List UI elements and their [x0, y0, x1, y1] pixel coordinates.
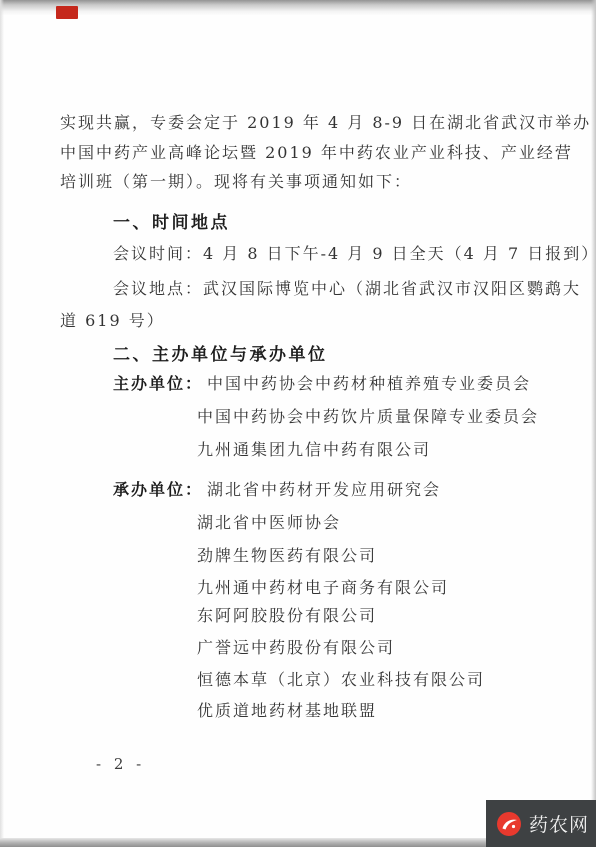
- host-item: 九州通集团九信中药有限公司: [197, 440, 431, 460]
- organizer-item: 东阿阿胶股份有限公司: [197, 606, 377, 626]
- organizer-item: 恒德本草（北京）农业科技有限公司: [197, 670, 485, 690]
- section2-heading: 二、主办单位与承办单位: [113, 345, 328, 366]
- meeting-venue-line: 道 619 号）: [60, 311, 165, 331]
- host-label: 主办单位：: [113, 374, 203, 393]
- red-stamp-fragment: [56, 6, 78, 19]
- organizer-label: 承办单位：: [113, 480, 203, 499]
- organizer-item: 九州通中药材电子商务有限公司: [197, 578, 449, 598]
- meeting-venue-line: 会议地点：武汉国际博览中心（湖北省武汉市汉阳区鹦鹉大: [113, 279, 581, 299]
- meeting-time-line: 会议时间：4 月 8 日下午-4 月 9 日全天（4 月 7 日报到）: [113, 244, 596, 264]
- section1-heading: 一、时间地点: [113, 213, 230, 234]
- organizer-item: 广誉远中药股份有限公司: [197, 638, 395, 658]
- host-label-line: 主办单位：中国中药协会中药材种植养殖专业委员会: [113, 374, 531, 394]
- yaonong-logo-icon: [496, 811, 522, 837]
- organizer-label-line: 承办单位：湖北省中药材开发应用研究会: [113, 480, 441, 500]
- watermark-badge: 药农网: [486, 800, 596, 847]
- scan-edge-left: [0, 0, 4, 847]
- intro-line: 实现共赢，专委会定于 2019 年 4 月 8-9 日在湖北省武汉市举办: [60, 113, 591, 133]
- organizer-item: 优质道地药材基地联盟: [197, 701, 377, 721]
- host-item: 中国中药协会中药饮片质量保障专业委员会: [197, 407, 539, 427]
- document-page: 实现共赢，专委会定于 2019 年 4 月 8-9 日在湖北省武汉市举办 中国中…: [0, 0, 596, 847]
- organizer-item: 劲牌生物医药有限公司: [197, 546, 377, 566]
- page-number: - 2 -: [96, 755, 145, 773]
- intro-line: 培训班（第一期）。现将有关事项通知如下：: [60, 172, 412, 192]
- organizer-item: 湖北省中药材开发应用研究会: [207, 480, 441, 499]
- organizer-item: 湖北省中医师协会: [197, 513, 341, 533]
- watermark-text: 药农网: [529, 810, 589, 837]
- scan-edge-right: [591, 0, 596, 847]
- intro-line: 中国中药产业高峰论坛暨 2019 年中药农业产业科技、产业经营: [60, 143, 573, 163]
- scan-edge-top: [0, 0, 596, 16]
- host-item: 中国中药协会中药材种植养殖专业委员会: [207, 374, 531, 393]
